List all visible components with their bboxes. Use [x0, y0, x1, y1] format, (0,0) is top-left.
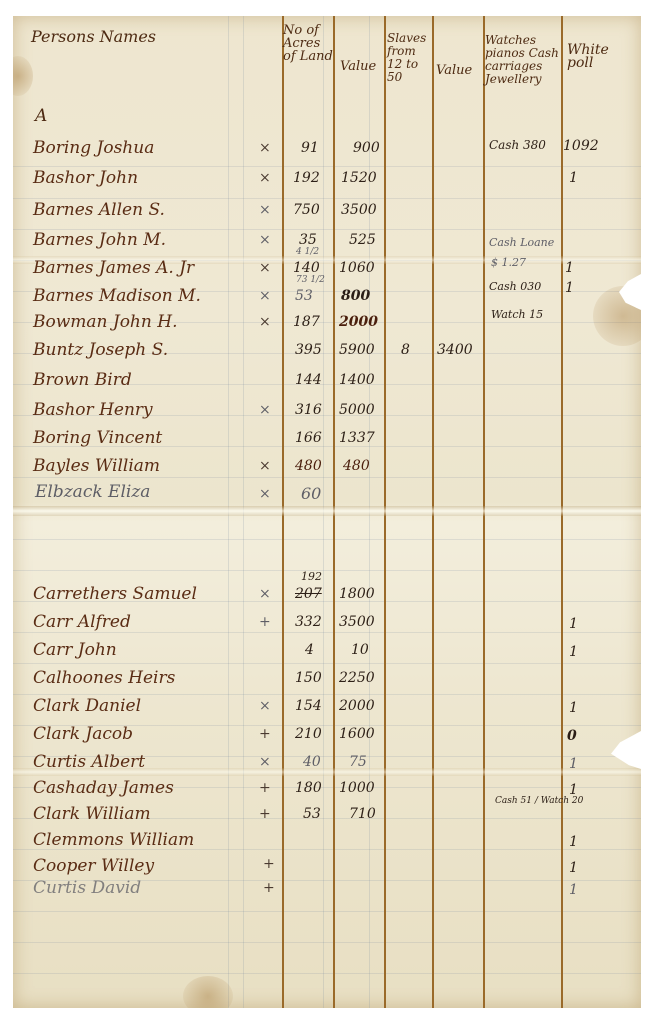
row-name: Curtis David	[33, 878, 141, 898]
row-acres: 210	[295, 726, 322, 742]
row-acres: 40	[303, 754, 321, 770]
ledger-page: Persons Names No of Acres of Land Value …	[13, 16, 641, 1008]
row-poll: 1	[569, 756, 578, 772]
row-value: 3500	[339, 614, 375, 630]
row-acres: 53	[303, 806, 321, 822]
row-mark: ×	[259, 458, 271, 474]
row-mark: ×	[259, 260, 271, 276]
acres-annotation: 4 1/2	[296, 247, 319, 257]
row-name: Clark William	[33, 804, 151, 824]
row-poll: 1	[569, 170, 578, 186]
row-value: 1520	[341, 170, 377, 186]
row-value: 1600	[339, 726, 375, 742]
row-mark: +	[259, 726, 271, 742]
row-mark: ×	[259, 314, 271, 330]
row-personal: Cash 380	[489, 138, 546, 152]
row-mark: ×	[259, 140, 271, 156]
row-mark: +	[263, 856, 275, 872]
row-name: Bashor Henry	[33, 400, 153, 420]
row-name: Carr Alfred	[33, 612, 131, 632]
row-acres: 180	[295, 780, 322, 796]
row-acres: 332	[295, 614, 322, 630]
row-poll: 1092	[563, 138, 599, 154]
row-name: Barnes John M.	[33, 230, 166, 250]
row-acres: 91	[301, 140, 319, 156]
row-personal: Cash 51 / Watch 20	[495, 796, 583, 806]
row-value: 2000	[339, 698, 375, 714]
acres-annotation: 73 1/2	[296, 275, 325, 285]
row-value: 1060	[339, 260, 375, 276]
row-name: Cashaday James	[33, 778, 174, 798]
row-value: 900	[353, 140, 380, 156]
row-mark: ×	[259, 754, 271, 770]
row-poll: 1	[569, 644, 578, 660]
header-acres: No of Acres of Land	[283, 24, 333, 63]
row-value: 5000	[339, 402, 375, 418]
row-slaves: 8	[401, 342, 410, 358]
row-name: Cooper Willey	[33, 856, 154, 876]
row-mark: +	[259, 614, 271, 630]
row-personal: Cash 030	[489, 280, 541, 293]
row-value: 2000	[339, 314, 378, 330]
row-acres: 480	[295, 458, 322, 474]
row-acres: 140	[293, 260, 320, 276]
row-acres: 53	[295, 288, 313, 304]
row-poll: 1	[569, 700, 578, 716]
row-mark: ×	[259, 486, 271, 502]
row-name: Clark Jacob	[33, 724, 133, 744]
row-value: 75	[349, 754, 367, 770]
row-value: 3500	[341, 202, 377, 218]
row-mark: +	[259, 780, 271, 796]
row-name: Barnes James A. Jr	[33, 258, 194, 278]
row-mark: ×	[259, 288, 271, 304]
row-personal: $ 1.27	[491, 256, 526, 269]
row-poll: 1	[569, 860, 578, 876]
row-poll: 1	[569, 834, 578, 850]
row-name: Clemmons William	[33, 830, 194, 850]
row-slave-value: 3400	[437, 342, 473, 358]
row-mark: ×	[259, 170, 271, 186]
header-slaves: Slaves from 12 to 50	[387, 32, 433, 84]
row-value: 525	[349, 232, 376, 248]
row-personal: Cash Loane	[489, 236, 554, 249]
row-acres: 316	[295, 402, 322, 418]
row-value: 1400	[339, 372, 375, 388]
header-personal-property: Watches pianos Cash carriages Jewellery	[485, 34, 561, 86]
row-name: Carr John	[33, 640, 117, 660]
header-land-value: Value	[340, 60, 376, 73]
row-name: Calhoones Heirs	[33, 668, 175, 688]
row-value: 1337	[339, 430, 375, 446]
row-name: Barnes Madison M.	[33, 286, 201, 306]
row-mark: ×	[259, 202, 271, 218]
row-value: 480	[343, 458, 370, 474]
row-name: Clark Daniel	[33, 696, 141, 716]
row-value: 800	[341, 288, 370, 304]
row-acres: 750	[293, 202, 320, 218]
row-name: Barnes Allen S.	[33, 200, 165, 220]
row-acres: 207	[295, 586, 322, 602]
section-letter: A	[35, 110, 47, 123]
row-personal: Watch 15	[491, 308, 543, 321]
row-name: Curtis Albert	[33, 752, 145, 772]
acres-annotation: 192	[301, 570, 322, 583]
row-acres: 166	[295, 430, 322, 446]
row-name: Buntz Joseph S.	[33, 340, 168, 360]
row-name: Bayles William	[33, 456, 160, 476]
row-name: Boring Joshua	[33, 138, 154, 158]
header-persons-names: Persons Names	[31, 30, 156, 43]
row-name: Bowman John H.	[33, 312, 177, 332]
row-poll: 1	[569, 882, 578, 898]
row-poll: 1	[569, 616, 578, 632]
header-white-poll: White poll	[567, 44, 627, 70]
row-poll: 0	[567, 728, 577, 744]
row-mark: +	[263, 880, 275, 896]
row-name: Boring Vincent	[33, 428, 162, 448]
row-name: Carrethers Samuel	[33, 584, 197, 604]
row-acres: 150	[295, 670, 322, 686]
row-acres: 395	[295, 342, 322, 358]
row-acres: 4	[305, 642, 314, 658]
row-value: 1000	[339, 780, 375, 796]
row-acres: 60	[301, 484, 321, 503]
header-slave-value: Value	[436, 64, 472, 77]
row-acres: 154	[295, 698, 322, 714]
row-mark: ×	[259, 698, 271, 714]
row-poll: 1	[565, 280, 574, 296]
row-name: Brown Bird	[33, 370, 132, 390]
row-value: 5900	[339, 342, 375, 358]
row-acres: 187	[293, 314, 320, 330]
row-value: 710	[349, 806, 376, 822]
row-acres: 192	[293, 170, 320, 186]
row-value: 2250	[339, 670, 375, 686]
row-poll: 1	[565, 260, 574, 276]
row-value: 10	[351, 642, 369, 658]
row-name: Elbzack Eliza	[35, 482, 150, 502]
row-mark: ×	[259, 232, 271, 248]
row-mark: +	[259, 806, 271, 822]
row-value: 1800	[339, 586, 375, 602]
row-mark: ×	[259, 402, 271, 418]
row-acres: 144	[295, 372, 322, 388]
row-mark: ×	[259, 586, 271, 602]
row-acres: 35	[299, 232, 317, 248]
row-name: Bashor John	[33, 168, 138, 188]
